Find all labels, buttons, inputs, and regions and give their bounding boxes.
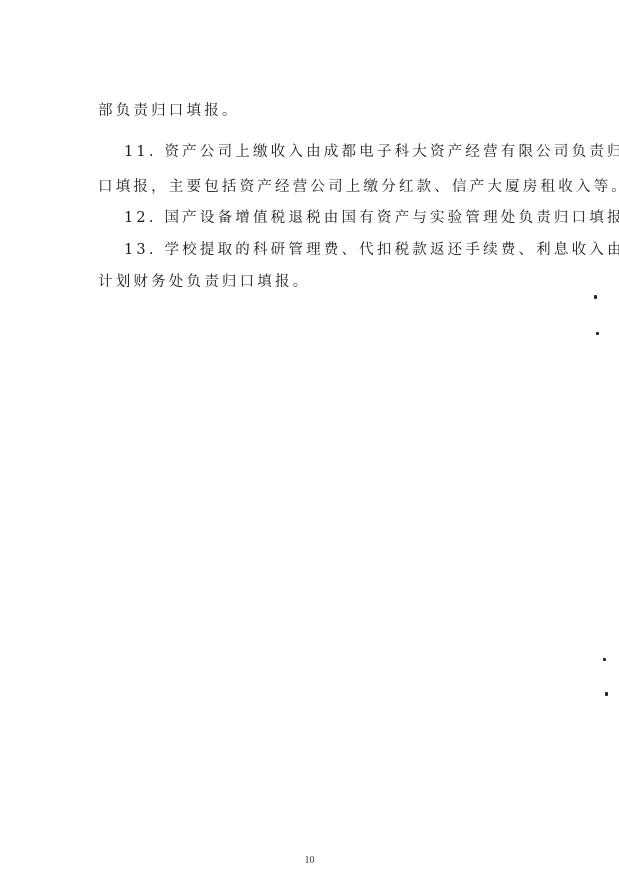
item-11-line-1: 11. 资产公司上缴收入由成都电子科大资产经营有限公司负责归 bbox=[124, 140, 619, 161]
scan-artifact bbox=[594, 295, 597, 299]
page-number: 10 bbox=[0, 855, 619, 866]
item-11-line-2: 口填报，主要包括资产经营公司上缴分红款、信产大厦房租收入等。 bbox=[98, 175, 619, 196]
item-12-line-1: 12. 国产设备增值税退税由国有资产与实验管理处负责归口填报。 bbox=[124, 206, 619, 227]
item-13-line-1: 13. 学校提取的科研管理费、代扣税款返还手续费、利息收入由 bbox=[124, 238, 619, 259]
scan-artifact bbox=[596, 332, 599, 335]
document-page: 部负责归口填报。 11. 资产公司上缴收入由成都电子科大资产经营有限公司负责归 … bbox=[0, 0, 619, 885]
text-line-continuation: 部负责归口填报。 bbox=[98, 99, 240, 120]
scan-artifact bbox=[603, 658, 606, 661]
scan-artifact bbox=[605, 692, 608, 696]
item-13-line-2: 计划财务处负责归口填报。 bbox=[98, 270, 310, 291]
